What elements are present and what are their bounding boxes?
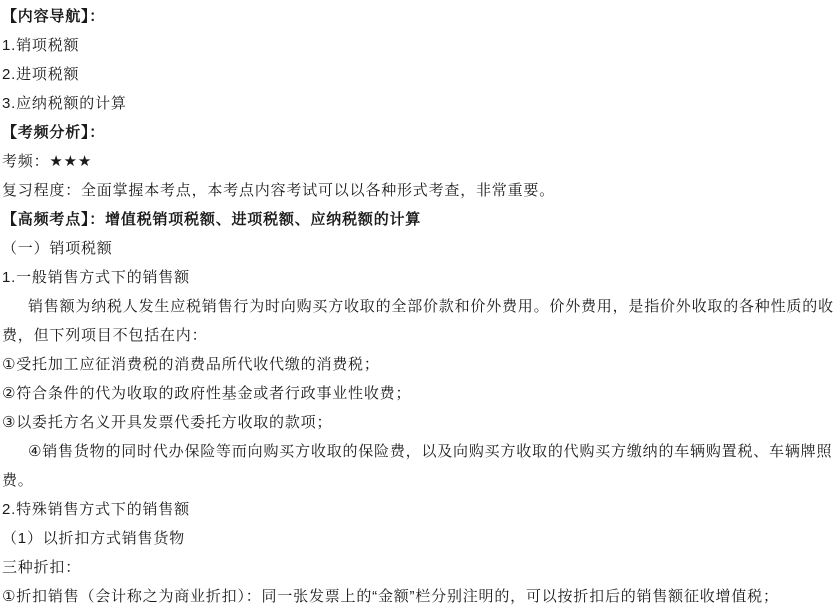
excluded-item-4: ④销售货物的同时代办保险等而向购买方收取的保险费，以及向购买方收取的代购买方缴纳… — [2, 437, 836, 495]
para-sales-amount-definition: 销售额为纳税人发生应税销售行为时向购买方收取的全部价款和价外费用。价外费用，是指… — [2, 292, 836, 350]
item-general-sales-mode: 1.一般销售方式下的销售额 — [2, 263, 836, 292]
discount-type-1: ①折扣销售（会计称之为商业折扣）：同一张发票上的“金额”栏分别注明的，可以按折扣… — [2, 582, 836, 611]
nav-item-output-tax: 1.销项税额 — [2, 31, 836, 60]
review-level-note: 复习程度：全面掌握本考点，本考点内容考试可以以各种形式考查，非常重要。 — [2, 176, 836, 205]
exam-frequency-stars: 考频：★★★ — [2, 147, 836, 176]
section-heading-exam-frequency: 【考频分析】： — [2, 118, 836, 147]
section-heading-content-nav: 【内容导航】： — [2, 2, 836, 31]
subheading-output-tax: （一）销项税额 — [2, 234, 836, 263]
section-heading-hot-topics: 【高频考点】：增值税销项税额、进项税额、应纳税额的计算 — [2, 205, 836, 234]
excluded-item-1: ①受托加工应征消费税的消费品所代收代缴的消费税； — [2, 350, 836, 379]
item-discount-sales: （1）以折扣方式销售货物 — [2, 524, 836, 553]
three-discounts-label: 三种折扣： — [2, 553, 836, 582]
nav-item-input-tax: 2.进项税额 — [2, 60, 836, 89]
excluded-item-2: ②符合条件的代为收取的政府性基金或者行政事业性收费； — [2, 379, 836, 408]
item-special-sales-mode: 2.特殊销售方式下的销售额 — [2, 495, 836, 524]
document-page: 【内容导航】： 1.销项税额 2.进项税额 3.应纳税额的计算 【考频分析】： … — [0, 0, 839, 611]
nav-item-tax-payable: 3.应纳税额的计算 — [2, 89, 836, 118]
excluded-item-3: ③以委托方名义开具发票代委托方收取的款项； — [2, 408, 836, 437]
